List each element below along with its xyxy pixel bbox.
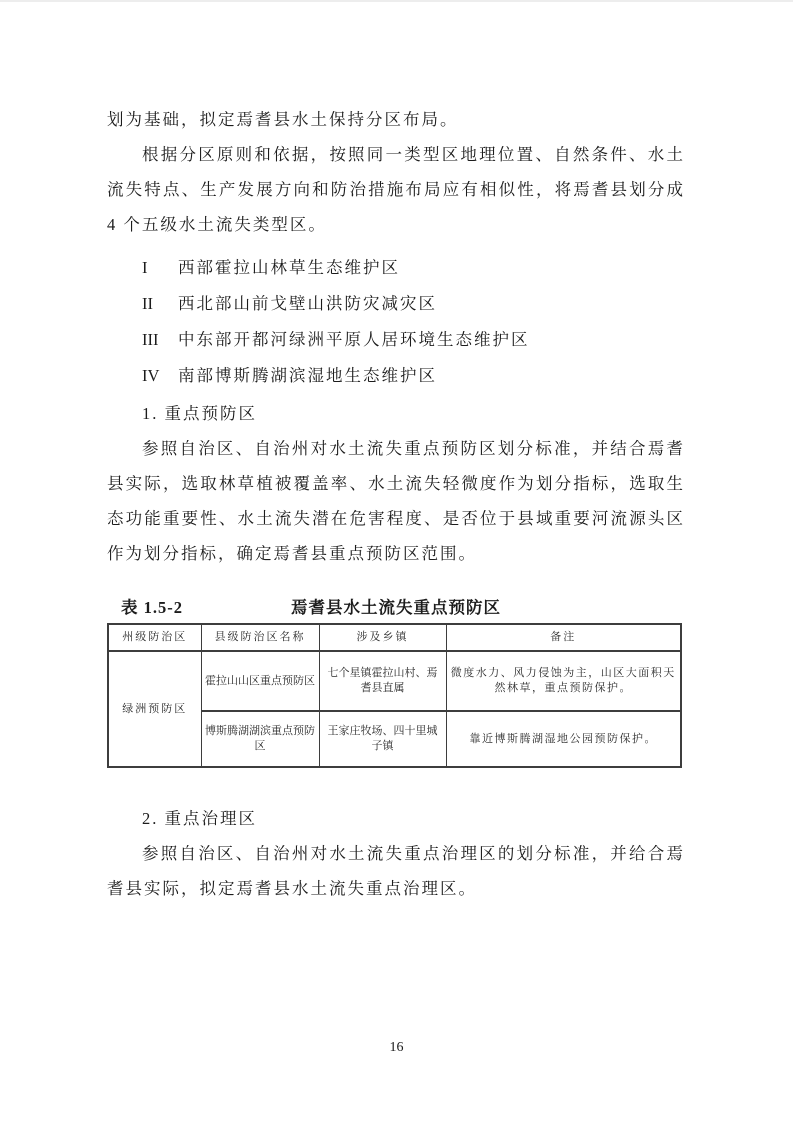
page-number: 16 [0,1040,793,1056]
table-caption: 表 1.5-2 焉耆县水土流失重点预防区 [107,593,685,623]
prevention-zones-table: 州级防治区 县级防治区名称 涉及乡镇 备注 绿洲预防区 霍拉山山区重点预防区 七… [107,623,682,768]
cell-state-zone: 绿洲预防区 [108,651,201,767]
zone-list-item: IV南部博斯腾湖滨湿地生态维护区 [142,358,685,394]
zone-type-list: I西部霍拉山林草生态维护区 II西北部山前戈壁山洪防灾减灾区 III中东部开都河… [107,250,685,394]
paragraph-intro-continuation: 划为基础，拟定焉耆县水土保持分区布局。 [107,102,685,137]
zone-numeral: I [142,250,166,286]
table-caption-number: 表 1.5-2 [121,593,183,623]
cell-remark: 微度水力、风力侵蚀为主，山区大面积天然林草，重点预防保护。 [446,651,681,711]
column-header-county-zone-name: 县级防治区名称 [201,624,319,651]
heading-key-prevention-zone: 1. 重点预防区 [107,396,685,431]
zone-label: 西北部山前戈壁山洪防灾减灾区 [178,294,437,313]
paragraph-zoning-basis: 根据分区原则和依据，按照同一类型区地理位置、自然条件、水土流失特点、生产发展方向… [107,137,685,242]
column-header-remark: 备注 [446,624,681,651]
column-header-state-zone: 州级防治区 [108,624,201,651]
zone-label: 西部霍拉山林草生态维护区 [178,258,400,277]
zone-numeral: IV [142,358,166,394]
zone-label: 中东部开都河绿洲平原人居环境生态维护区 [178,330,530,349]
zone-numeral: III [142,322,166,358]
zone-list-item: I西部霍拉山林草生态维护区 [142,250,685,286]
paragraph-prevention-criteria: 参照自治区、自治州对水土流失重点预防区划分标准，并结合焉耆县实际，选取林草植被覆… [107,431,685,571]
zone-label: 南部博斯腾湖滨湿地生态维护区 [178,366,437,385]
table-caption-title: 焉耆县水土流失重点预防区 [291,598,501,617]
cell-townships: 王家庄牧场、四十里城子镇 [319,711,446,767]
zone-list-item: III中东部开都河绿洲平原人居环境生态维护区 [142,322,685,358]
cell-remark: 靠近博斯腾湖湿地公园预防保护。 [446,711,681,767]
cell-zone-name: 霍拉山山区重点预防区 [201,651,319,711]
paragraph-treatment-criteria: 参照自治区、自治州对水土流失重点治理区的划分标准，并给合焉耆县实际，拟定焉耆县水… [107,836,685,906]
zone-numeral: II [142,286,166,322]
cell-zone-name: 博斯腾湖湖滨重点预防区 [201,711,319,767]
table-header-row: 州级防治区 县级防治区名称 涉及乡镇 备注 [108,624,681,651]
heading-key-treatment-zone: 2. 重点治理区 [107,801,685,836]
zone-list-item: II西北部山前戈壁山洪防灾减灾区 [142,286,685,322]
table-row: 绿洲预防区 霍拉山山区重点预防区 七个星镇霍拉山村、焉耆县直属 微度水力、风力侵… [108,651,681,711]
document-page: 划为基础，拟定焉耆县水土保持分区布局。 根据分区原则和依据，按照同一类型区地理位… [0,0,793,1122]
page-content: 划为基础，拟定焉耆县水土保持分区布局。 根据分区原则和依据，按照同一类型区地理位… [0,2,793,906]
cell-townships: 七个星镇霍拉山村、焉耆县直属 [319,651,446,711]
column-header-townships: 涉及乡镇 [319,624,446,651]
